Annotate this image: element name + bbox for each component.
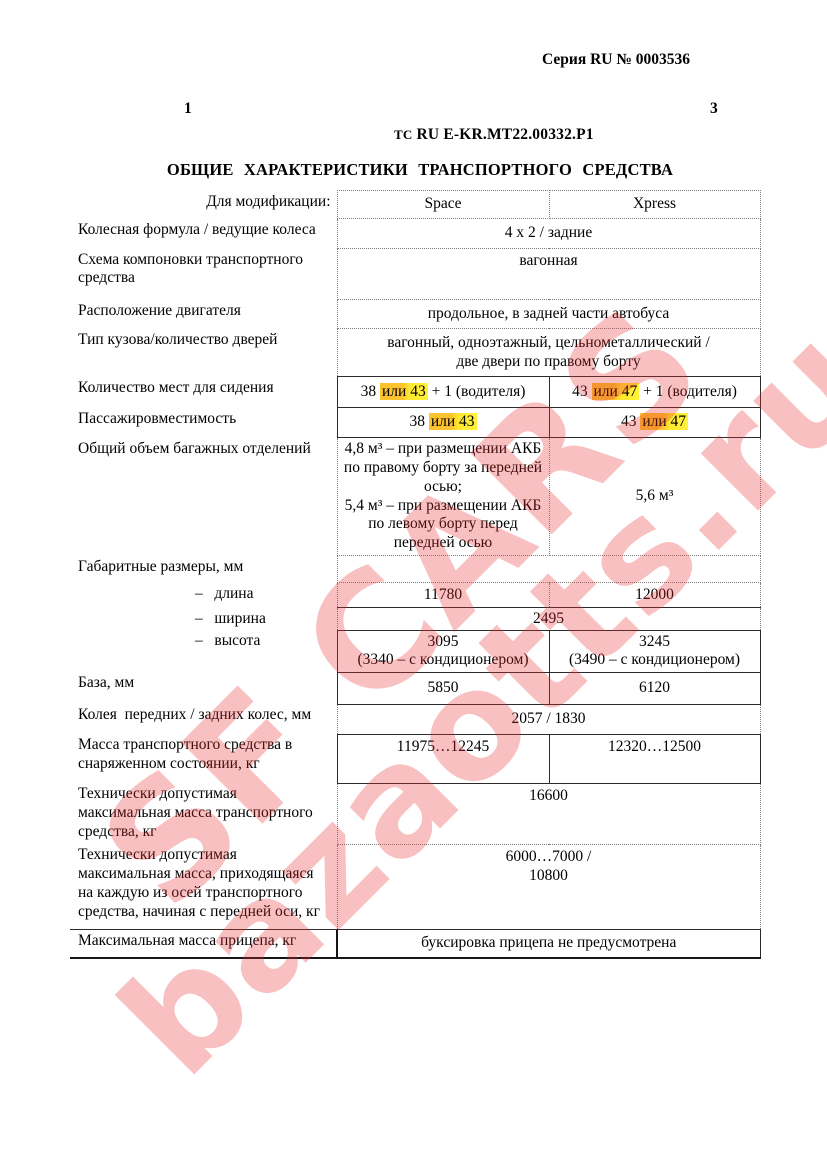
section-title: ОБЩИЕ ХАРАКТЕРИСТИКИ ТРАНСПОРТНОГО СРЕДС… [0,160,827,180]
luggage-value-xpress: 5,6 м³ [549,438,760,556]
seating-label: Количество мест для сидения [70,377,337,408]
height-xpress-line2: (3490 – с кондиционером) [554,651,756,670]
luggage-label: Общий объем багажных отделений [70,438,337,556]
row-curb-mass: Масса транспортного средства в снаряженн… [70,734,760,783]
axle-mass-value: 6000…7000 / 10800 [337,844,760,929]
height-space-line2: (3340 – с кондиционером) [342,651,545,670]
axle-mass-value-line2: 10800 [342,867,756,886]
height-xpress-line1: 3245 [554,633,756,652]
height-value-space: 3095 (3340 – с кондиционером) [337,630,549,672]
height-space-line1: 3095 [342,633,545,652]
approval-number-prefix: ТС [394,127,412,142]
approval-number-main: RU E-KR.MT22.00332.P1 [416,126,593,143]
layout-scheme-label: Схема компоновки транспортного средства [70,249,337,300]
row-luggage: Общий объем багажных отделений 4,8 м³ – … [70,438,760,556]
capacity-value-xpress: 43 или 47 [549,408,760,438]
luggage-space-item1: 4,8 м³ – при размещении АКБ по правому б… [342,440,545,497]
seating-xpress-pre: 43 [572,383,591,400]
body-type-value: вагонный, одноэтажный, цельнометаллическ… [337,329,760,377]
row-dimensions-header: Габаритные размеры, мм [70,556,760,583]
dimensions-label: Габаритные размеры, мм [70,556,337,583]
row-track: Колея передних / задних колес, мм 2057 /… [70,704,760,734]
specs-table-wrap: Для модификации: Space Xpress Колесная ф… [70,190,760,959]
curb-mass-value-xpress: 12320…12500 [549,734,760,783]
trailer-mass-value: буксировка прицепа не предусмотрена [337,929,760,958]
base-value-space: 5850 [337,672,549,704]
capacity-label: Пассажировместимость [70,408,337,438]
base-value-xpress: 6120 [549,672,760,704]
row-dimension-width: – ширина 2495 [70,608,760,631]
capacity-xpress-pre: 43 [621,413,640,430]
curb-mass-value-space: 11975…12245 [337,734,549,783]
luggage-space-item2: 5,4 м³ – при размещении АКБ по левому бо… [342,497,545,554]
track-label: Колея передних / задних колес, мм [70,704,337,734]
length-value-space: 11780 [337,583,549,608]
column-header-xpress: Xpress [549,191,760,219]
row-engine-location: Расположение двигателя продольное, в зад… [70,300,760,329]
row-capacity: Пассажировместимость 38 или 43 43 или 47 [70,408,760,438]
layout-scheme-value: вагонная [337,249,760,300]
body-type-label: Тип кузова/количество дверей [70,329,337,377]
row-body-type: Тип кузова/количество дверей вагонный, о… [70,329,760,377]
axle-mass-label: Технически допустимая максимальная масса… [70,844,337,929]
width-label: – ширина [70,608,337,631]
seating-space-highlight: или 43 [380,383,428,400]
row-dimension-length: – длина 11780 12000 [70,583,760,608]
max-mass-label: Технически допустимая максимальная масса… [70,783,337,844]
row-wheel-formula: Колесная формула / ведущие колеса 4 х 2 … [70,219,760,249]
capacity-space-pre: 38 [409,413,428,430]
modification-label: Для модификации: [70,191,337,219]
engine-location-label: Расположение двигателя [70,300,337,329]
specs-table: Для модификации: Space Xpress Колесная ф… [70,190,761,959]
seating-value-space: 38 или 43 + 1 (водителя) [337,377,549,408]
seating-value-xpress: 43 или 47 + 1 (водителя) [549,377,760,408]
approval-number: ТСRU E-KR.MT22.00332.P1 [394,126,594,144]
row-max-mass: Технически допустимая максимальная масса… [70,783,760,844]
row-dimension-height: – высота 3095 (3340 – с кондиционером) 3… [70,630,760,672]
series-number: Серия RU № 0003536 [542,51,690,69]
row-seating: Количество мест для сидения 38 или 43 + … [70,377,760,408]
seating-space-post: + 1 (водителя) [428,383,526,400]
height-value-xpress: 3245 (3490 – с кондиционером) [549,630,760,672]
column-header-space: Space [337,191,549,219]
max-mass-value: 16600 [337,783,760,844]
height-label: – высота [70,630,337,672]
body-type-value-line1: вагонный, одноэтажный, цельнометаллическ… [342,334,756,353]
row-trailer-mass: Максимальная масса прицепа, кг буксировк… [70,929,760,958]
seating-xpress-post: + 1 (водителя) [639,383,737,400]
document-page: Серия RU № 0003536 1 3 ТСRU E-KR.MT22.00… [0,0,827,1170]
base-label: База, мм [70,672,337,704]
seating-xpress-highlight: или 47 [592,383,640,400]
luggage-value-space: 4,8 м³ – при размещении АКБ по правому б… [337,438,549,556]
page-number-left: 1 [184,100,192,118]
row-axle-mass: Технически допустимая максимальная масса… [70,844,760,929]
trailer-mass-label: Максимальная масса прицепа, кг [70,929,337,958]
seating-space-pre: 38 [361,383,380,400]
page-number-right: 3 [710,100,718,118]
engine-location-value: продольное, в задней части автобуса [337,300,760,329]
length-label: – длина [70,583,337,608]
row-modification: Для модификации: Space Xpress [70,191,760,219]
row-base: База, мм 5850 6120 [70,672,760,704]
track-value: 2057 / 1830 [337,704,760,734]
axle-mass-value-line1: 6000…7000 / [342,848,756,867]
capacity-xpress-highlight: или 47 [640,413,688,430]
body-type-value-line2: две двери по правому борту [342,353,756,372]
wheel-formula-value: 4 х 2 / задние [337,219,760,249]
length-value-xpress: 12000 [549,583,760,608]
wheel-formula-label: Колесная формула / ведущие колеса [70,219,337,249]
dimensions-empty-cell [337,556,760,583]
capacity-space-highlight: или 43 [429,413,477,430]
capacity-value-space: 38 или 43 [337,408,549,438]
width-value: 2495 [337,608,760,631]
curb-mass-label: Масса транспортного средства в снаряженн… [70,734,337,783]
row-layout-scheme: Схема компоновки транспортного средства … [70,249,760,300]
